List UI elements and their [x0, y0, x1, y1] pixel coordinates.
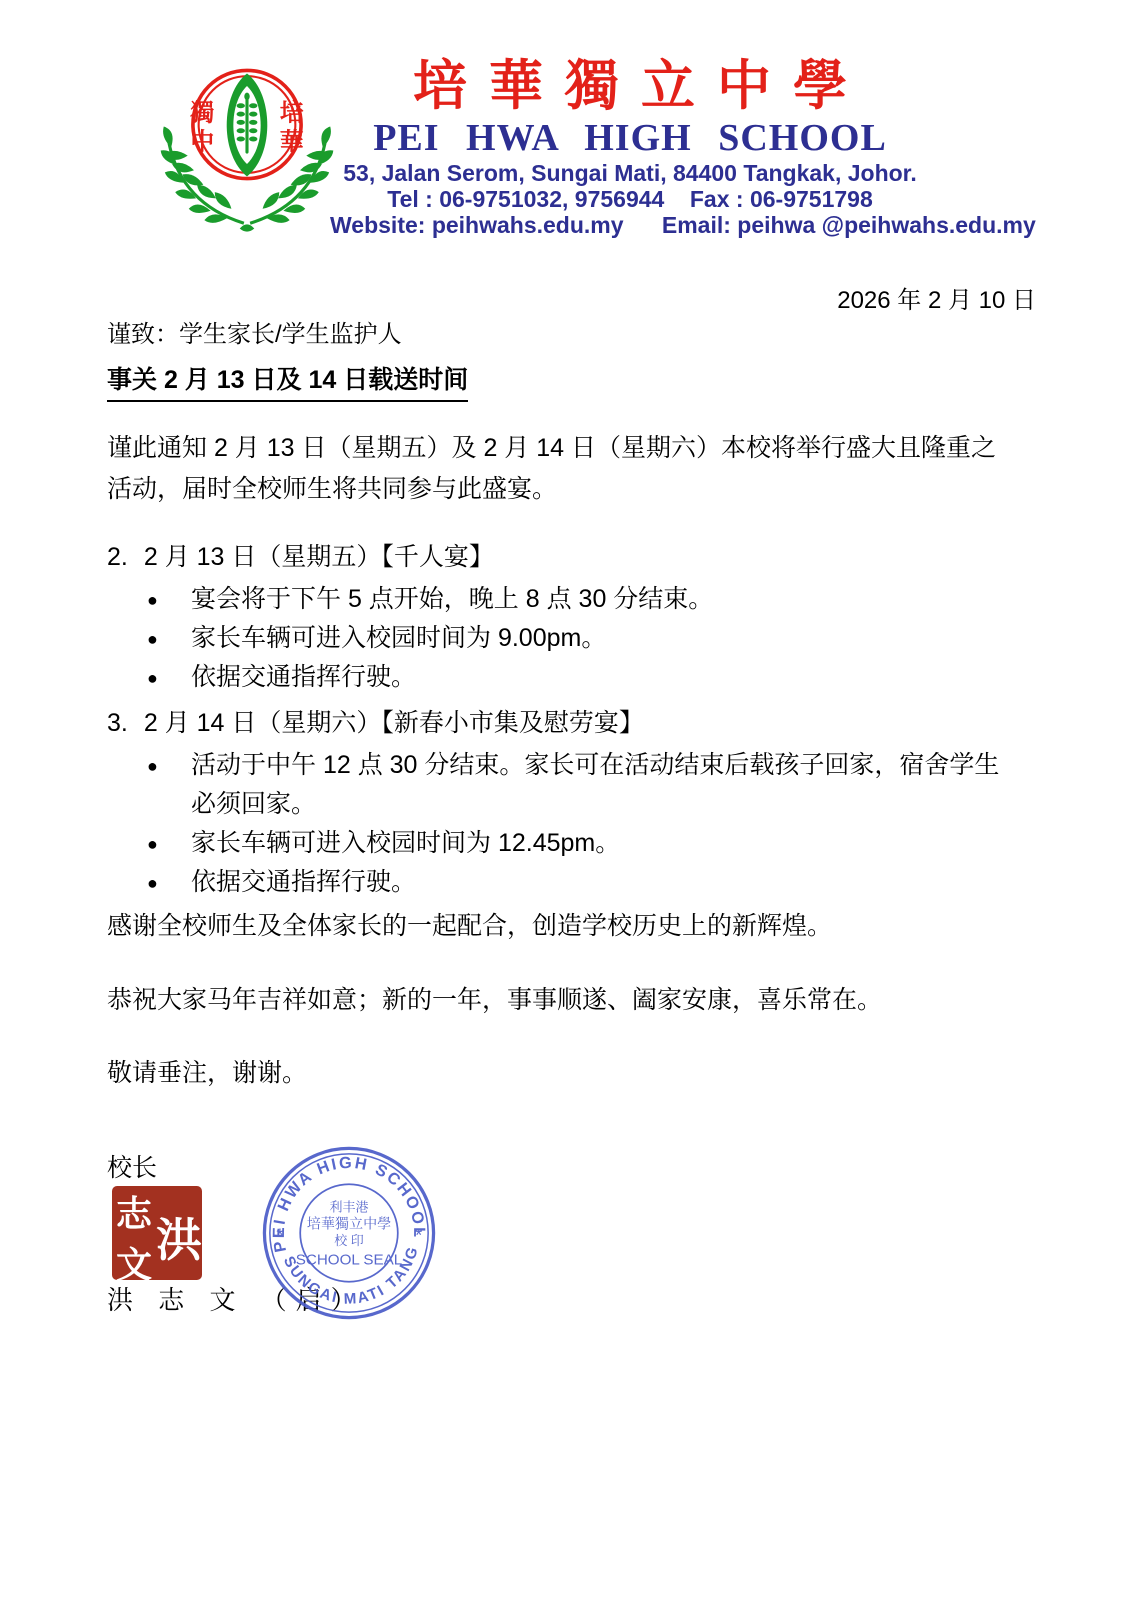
logo-char-du: 獨	[189, 98, 214, 126]
letterhead: 培華獨立中學 PEI HWA HIGH SCHOOL 53, Jalan Ser…	[330, 56, 930, 238]
letter-page: 獨 中 培 華 培華獨立中學 PEI HWA HIGH SCHOOL 53, J…	[0, 0, 1132, 1600]
bullet-item: 依据交通指挥行驶。	[145, 658, 1017, 697]
bullet-item: 家长车辆可进入校园时间为 9.00pm。	[145, 619, 1017, 658]
bullet-item: 活动于中午 12 点 30 分结束。家长可在活动结束后载孩子回家，宿舍学生必须回…	[145, 746, 1017, 824]
school-address: 53, Jalan Serom, Sungai Mati, 84400 Tang…	[330, 160, 930, 186]
thanks-paragraph: 感谢全校师生及全体家长的一起配合，创造学校历史上的新辉煌。	[107, 906, 1013, 947]
subject-heading: 事关 2 月 13 日及 14 日载送时间	[107, 360, 468, 402]
logo-char-pei: 培	[280, 98, 304, 126]
seal-star-right: *	[415, 1225, 422, 1246]
logo-char-hwa: 華	[280, 128, 304, 155]
event-item-friday: 2.2 月 13 日（星期五）【千人宴】 宴会将于下午 5 点开始，晚上 8 点…	[107, 538, 1017, 697]
event-item-heading: 2.2 月 13 日（星期五）【千人宴】	[107, 538, 1017, 576]
name-seal-char: 洪	[156, 1186, 202, 1288]
signature-title-principal: 校长	[107, 1148, 157, 1184]
school-name-english: PEI HWA HIGH SCHOOL	[330, 116, 930, 160]
bullet-item: 宴会将于下午 5 点开始，晚上 8 点 30 分结束。	[145, 580, 1017, 619]
school-logo: 獨 中 培 華	[158, 60, 336, 242]
intro-paragraph: 谨此通知 2 月 13 日（星期五）及 2 月 14 日（星期六）本校将举行盛大…	[107, 428, 1013, 510]
bullet-item: 依据交通指挥行驶。	[145, 863, 1017, 902]
event-item-heading: 3.2 月 14 日（星期六）【新春小市集及慰劳宴】	[107, 704, 1017, 742]
seal-star-left: *	[276, 1225, 283, 1246]
name-seal-stamp: 志 洪 文	[112, 1186, 202, 1280]
letter-date: 2026 年 2 月 10 日	[837, 280, 1036, 315]
seal-inner-line2: 培華獨立中學	[307, 1216, 391, 1232]
school-seal-stamp: PEI HWA HIGH SCHOOL SUNGAI MATI TANGKAK …	[246, 1134, 452, 1332]
seal-inner-line1: 利丰港	[329, 1199, 368, 1214]
school-name-chinese: 培華獨立中學	[330, 56, 930, 116]
name-seal-char: 志	[112, 1186, 156, 1237]
seal-inner-line4: SCHOOL SEAL	[296, 1251, 402, 1268]
wishes-paragraph: 恭祝大家马年吉祥如意；新的一年，事事顺遂、阖家安康，喜乐常在。	[107, 980, 1013, 1021]
event-bullet-list: 宴会将于下午 5 点开始，晚上 8 点 30 分结束。 家长车辆可进入校园时间为…	[107, 580, 1017, 697]
item-title: 2 月 13 日（星期五）【千人宴】	[144, 543, 494, 571]
logo-char-zhong: 中	[190, 128, 214, 155]
event-item-saturday: 3.2 月 14 日（星期六）【新春小市集及慰劳宴】 活动于中午 12 点 30…	[107, 704, 1017, 902]
bullet-item: 家长车辆可进入校园时间为 12.45pm。	[145, 824, 1017, 863]
regards-paragraph: 敬请垂注，谢谢。	[107, 1053, 1013, 1094]
item-title: 2 月 14 日（星期六）【新春小市集及慰劳宴】	[144, 709, 644, 737]
item-number: 2.	[107, 538, 128, 576]
seal-inner-line3: 校 印	[334, 1233, 364, 1248]
event-bullet-list: 活动于中午 12 点 30 分结束。家长可在活动结束后载孩子回家，宿舍学生必须回…	[107, 746, 1017, 902]
item-number: 3.	[107, 704, 128, 742]
salutation: 谨致：学生家长/学生监护人	[107, 314, 402, 349]
school-tel-fax: Tel : 06-9751032, 9756944 Fax : 06-97517…	[330, 186, 930, 212]
school-website-email: Website: peihwahs.edu.my Email: peihwa @…	[330, 212, 930, 238]
